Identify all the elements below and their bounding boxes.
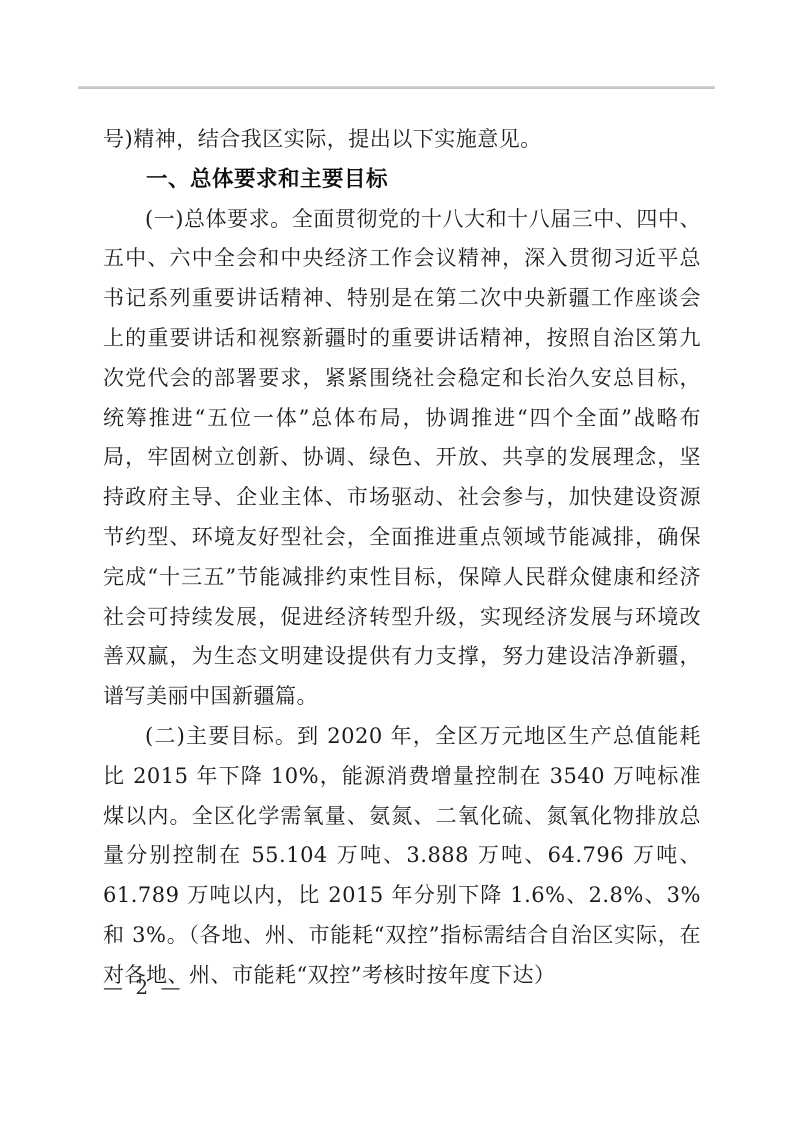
page-number: — 2 — [103, 971, 223, 1003]
header-rule [78, 86, 715, 89]
document-body: 号)精神，结合我区实际，提出以下实施意见。 一、总体要求和主要目标 (一)总体要… [103, 120, 701, 996]
intro-paragraph: 号)精神，结合我区实际，提出以下实施意见。 [103, 120, 701, 160]
paragraph-main-targets: (二)主要目标。到 2020 年，全区万元地区生产总值能耗比 2015 年下降 … [103, 717, 701, 996]
paragraph-general-requirements: (一)总体要求。全面贯彻党的十八大和十八届三中、四中、五中、六中全会和中央经济工… [103, 200, 701, 717]
paragraph-lead: (二)主要目标。 [145, 724, 297, 748]
paragraph-text: 全面贯彻党的十八大和十八届三中、四中、五中、六中全会和中央经济工作会议精神，深入… [103, 207, 701, 709]
paragraph-text: 到 2020 年，全区万元地区生产总值能耗比 2015 年下降 10%，能源消费… [103, 724, 701, 987]
document-page: 号)精神，结合我区实际，提出以下实施意见。 一、总体要求和主要目标 (一)总体要… [0, 0, 793, 1122]
section-heading: 一、总体要求和主要目标 [103, 160, 701, 200]
paragraph-lead: (一)总体要求。 [145, 207, 292, 231]
